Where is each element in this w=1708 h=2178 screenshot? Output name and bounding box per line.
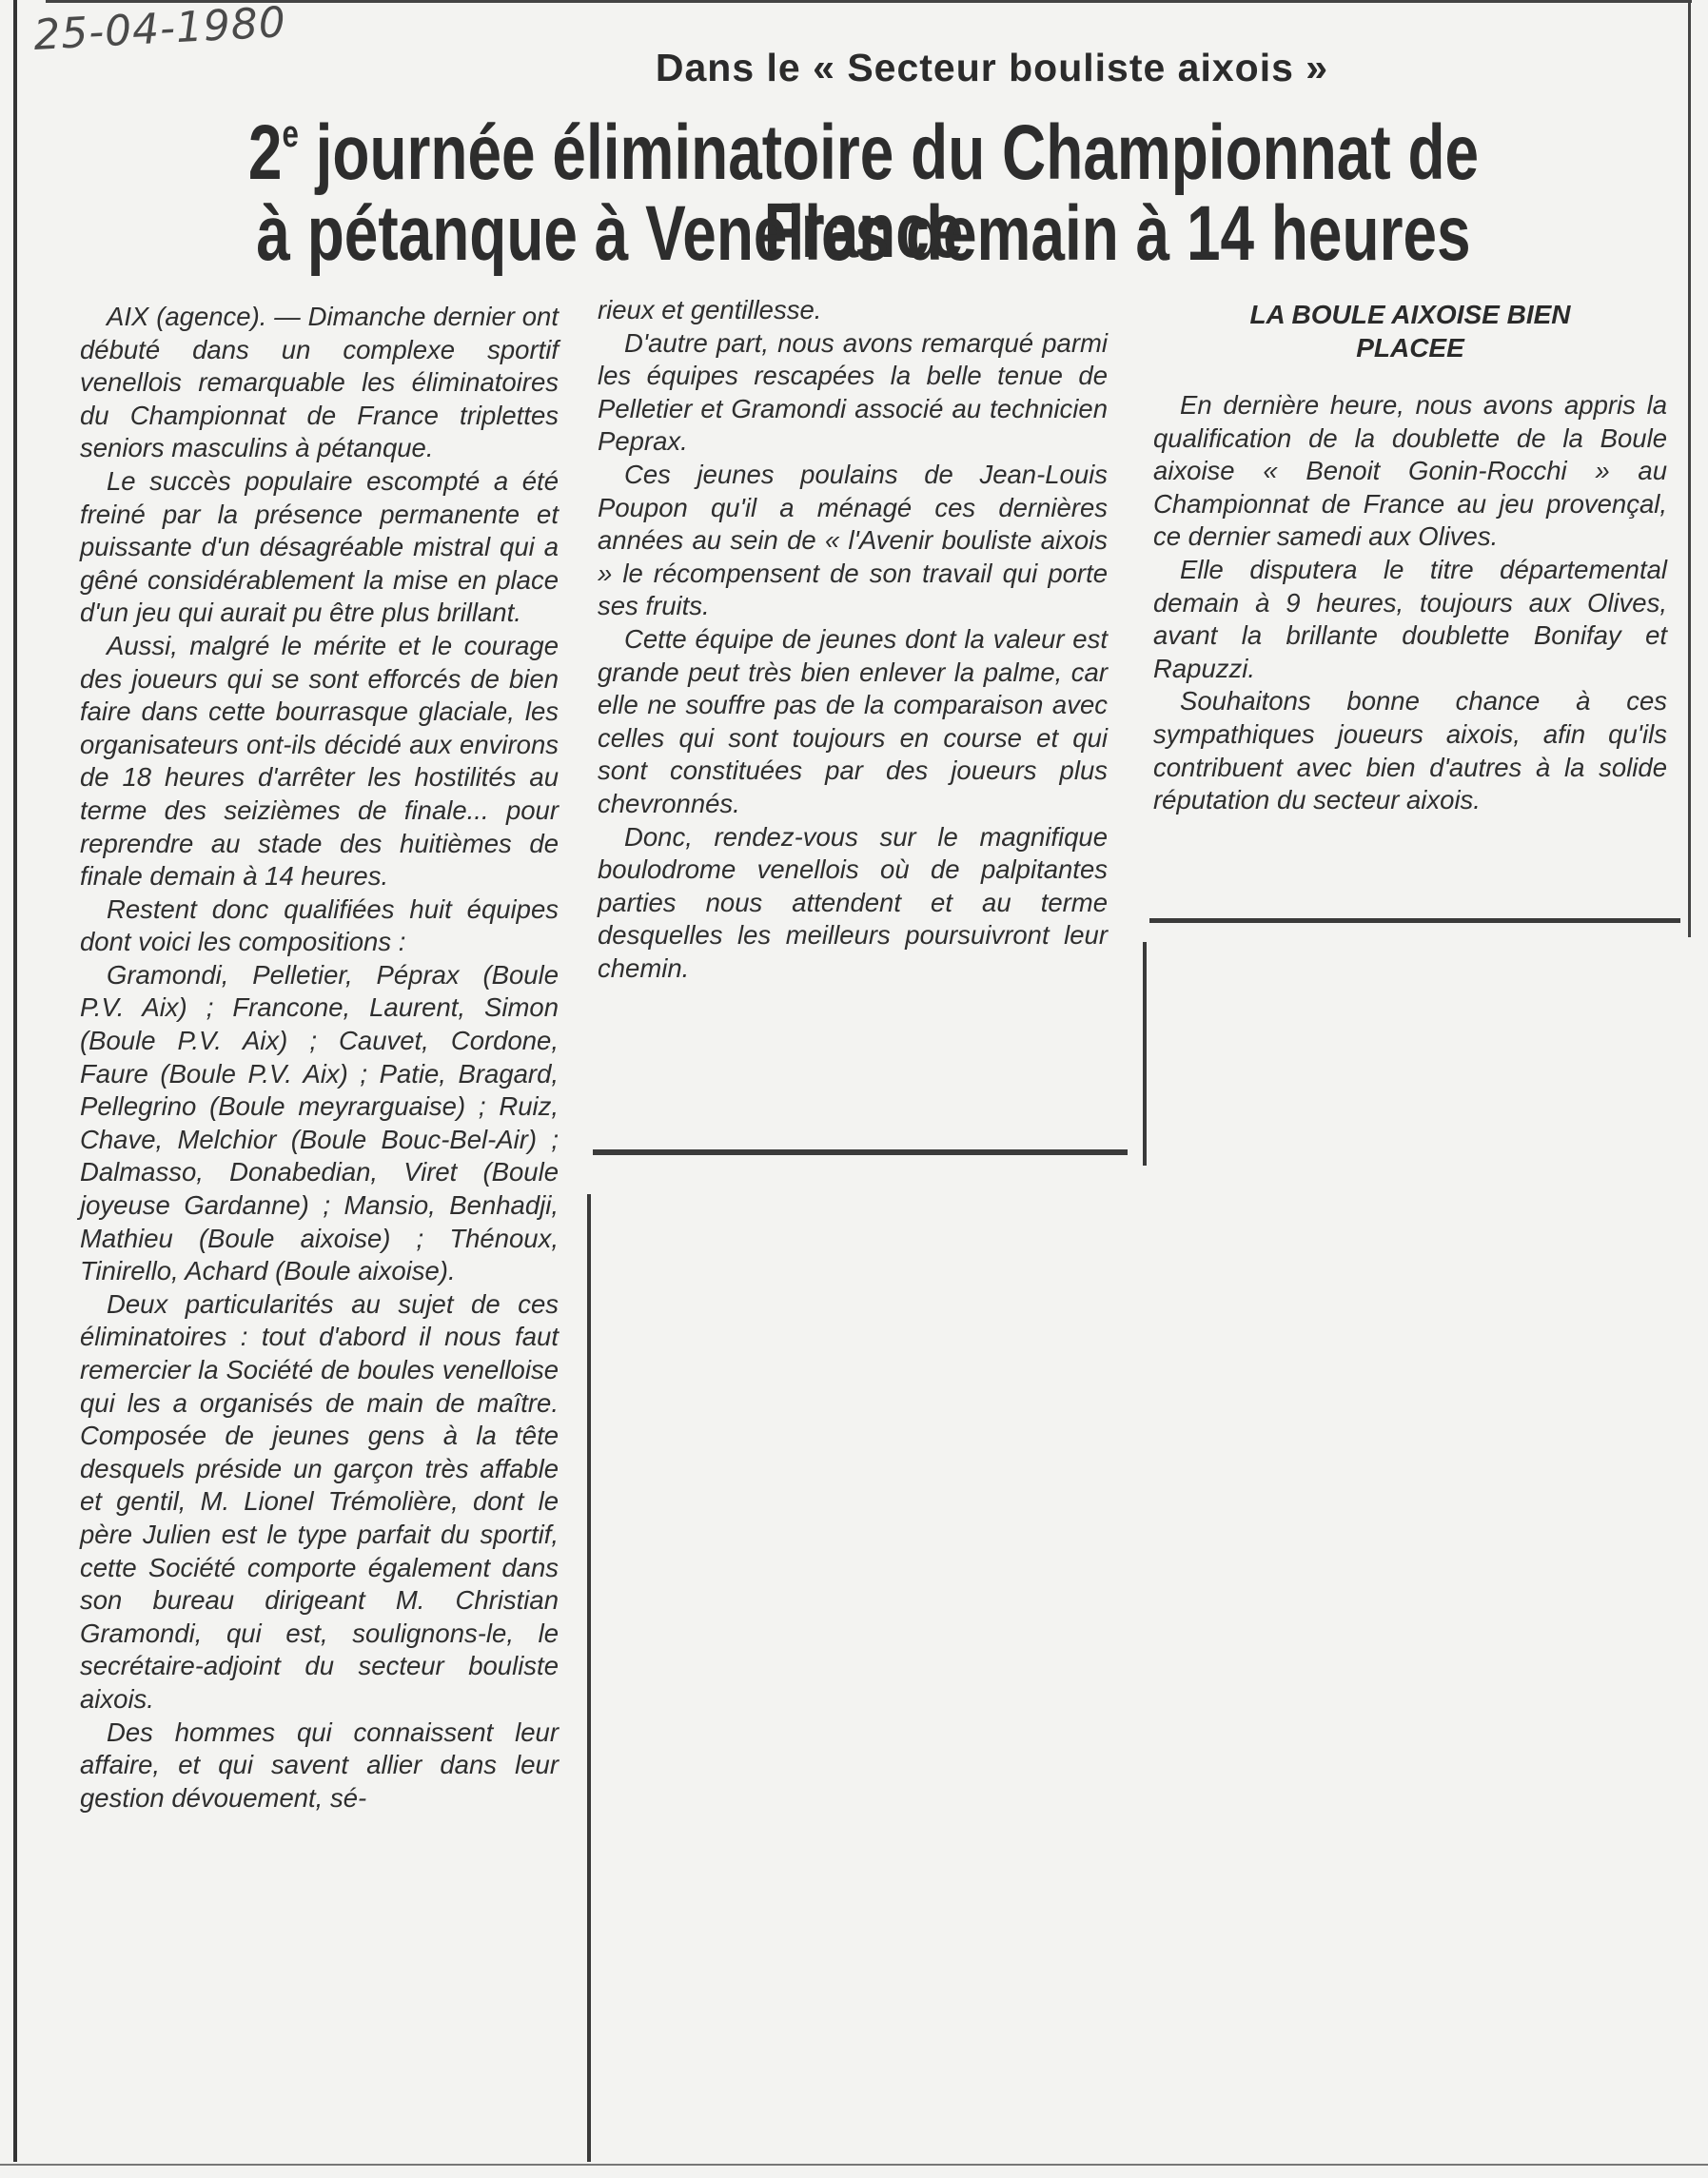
clipping-border-right	[1688, 0, 1691, 937]
paragraph: Des hommes qui connaissent leur affaire,…	[80, 1717, 559, 1815]
column-2-bottom-rule	[593, 1149, 1128, 1155]
headline-line-2: à pétanque à Venelles demain à 14 heures	[220, 195, 1507, 273]
paragraph: Souhaitons bonne chance à ces sympathiqu…	[1153, 685, 1667, 816]
paragraph: Aussi, malgré le mérite et le courage de…	[80, 630, 559, 893]
paragraph: Elle disputera le titre départemental de…	[1153, 554, 1667, 685]
paragraph: D'autre part, nous avons remarqué parmi …	[598, 327, 1108, 459]
paragraph: Deux particularités au sujet de ces élim…	[80, 1288, 559, 1717]
sidebar-heading-line-2: PLACEE	[1153, 331, 1667, 364]
headline-ordinal: 2	[248, 109, 283, 196]
paragraph: Le succès populaire escompté a été frein…	[80, 465, 559, 630]
paragraph: En dernière heure, nous avons appris la …	[1153, 389, 1667, 554]
sidebar-heading: LA BOULE AIXOISE BIEN PLACEE	[1153, 298, 1667, 364]
column-1-vertical-rule	[587, 1194, 591, 2162]
clipping-border-top	[46, 0, 1692, 3]
article-column-2: rieux et gentillesse. D'autre part, nous…	[598, 294, 1108, 985]
paragraph: Donc, rendez-vous sur le magnifique boul…	[598, 821, 1108, 986]
paragraph-continuation: rieux et gentillesse.	[598, 294, 1108, 327]
paragraph-team-list: Gramondi, Pelletier, Péprax (Boule P.V. …	[80, 959, 559, 1288]
column-3-bottom-rule	[1149, 918, 1680, 923]
sidebar-heading-line-1: LA BOULE AIXOISE BIEN	[1153, 298, 1667, 331]
article-column-3: En dernière heure, nous avons appris la …	[1153, 389, 1667, 817]
paragraph: Ces jeunes poulains de Jean-Louis Poupon…	[598, 459, 1108, 623]
headline-ordinal-suffix: e	[282, 113, 298, 155]
paragraph: Cette équipe de jeunes dont la valeur es…	[598, 623, 1108, 821]
paragraph: AIX (agence). — Dimanche dernier ont déb…	[80, 301, 559, 465]
page-bottom-edge	[0, 2164, 1708, 2166]
article-column-1: AIX (agence). — Dimanche dernier ont déb…	[80, 301, 559, 1815]
paragraph: Restent donc qualifiées huit équipes don…	[80, 893, 559, 959]
kicker-headline: Dans le « Secteur bouliste aixois »	[0, 46, 1708, 90]
clipping-border-left	[13, 0, 17, 2162]
column-2-vertical-rule	[1143, 942, 1147, 1166]
